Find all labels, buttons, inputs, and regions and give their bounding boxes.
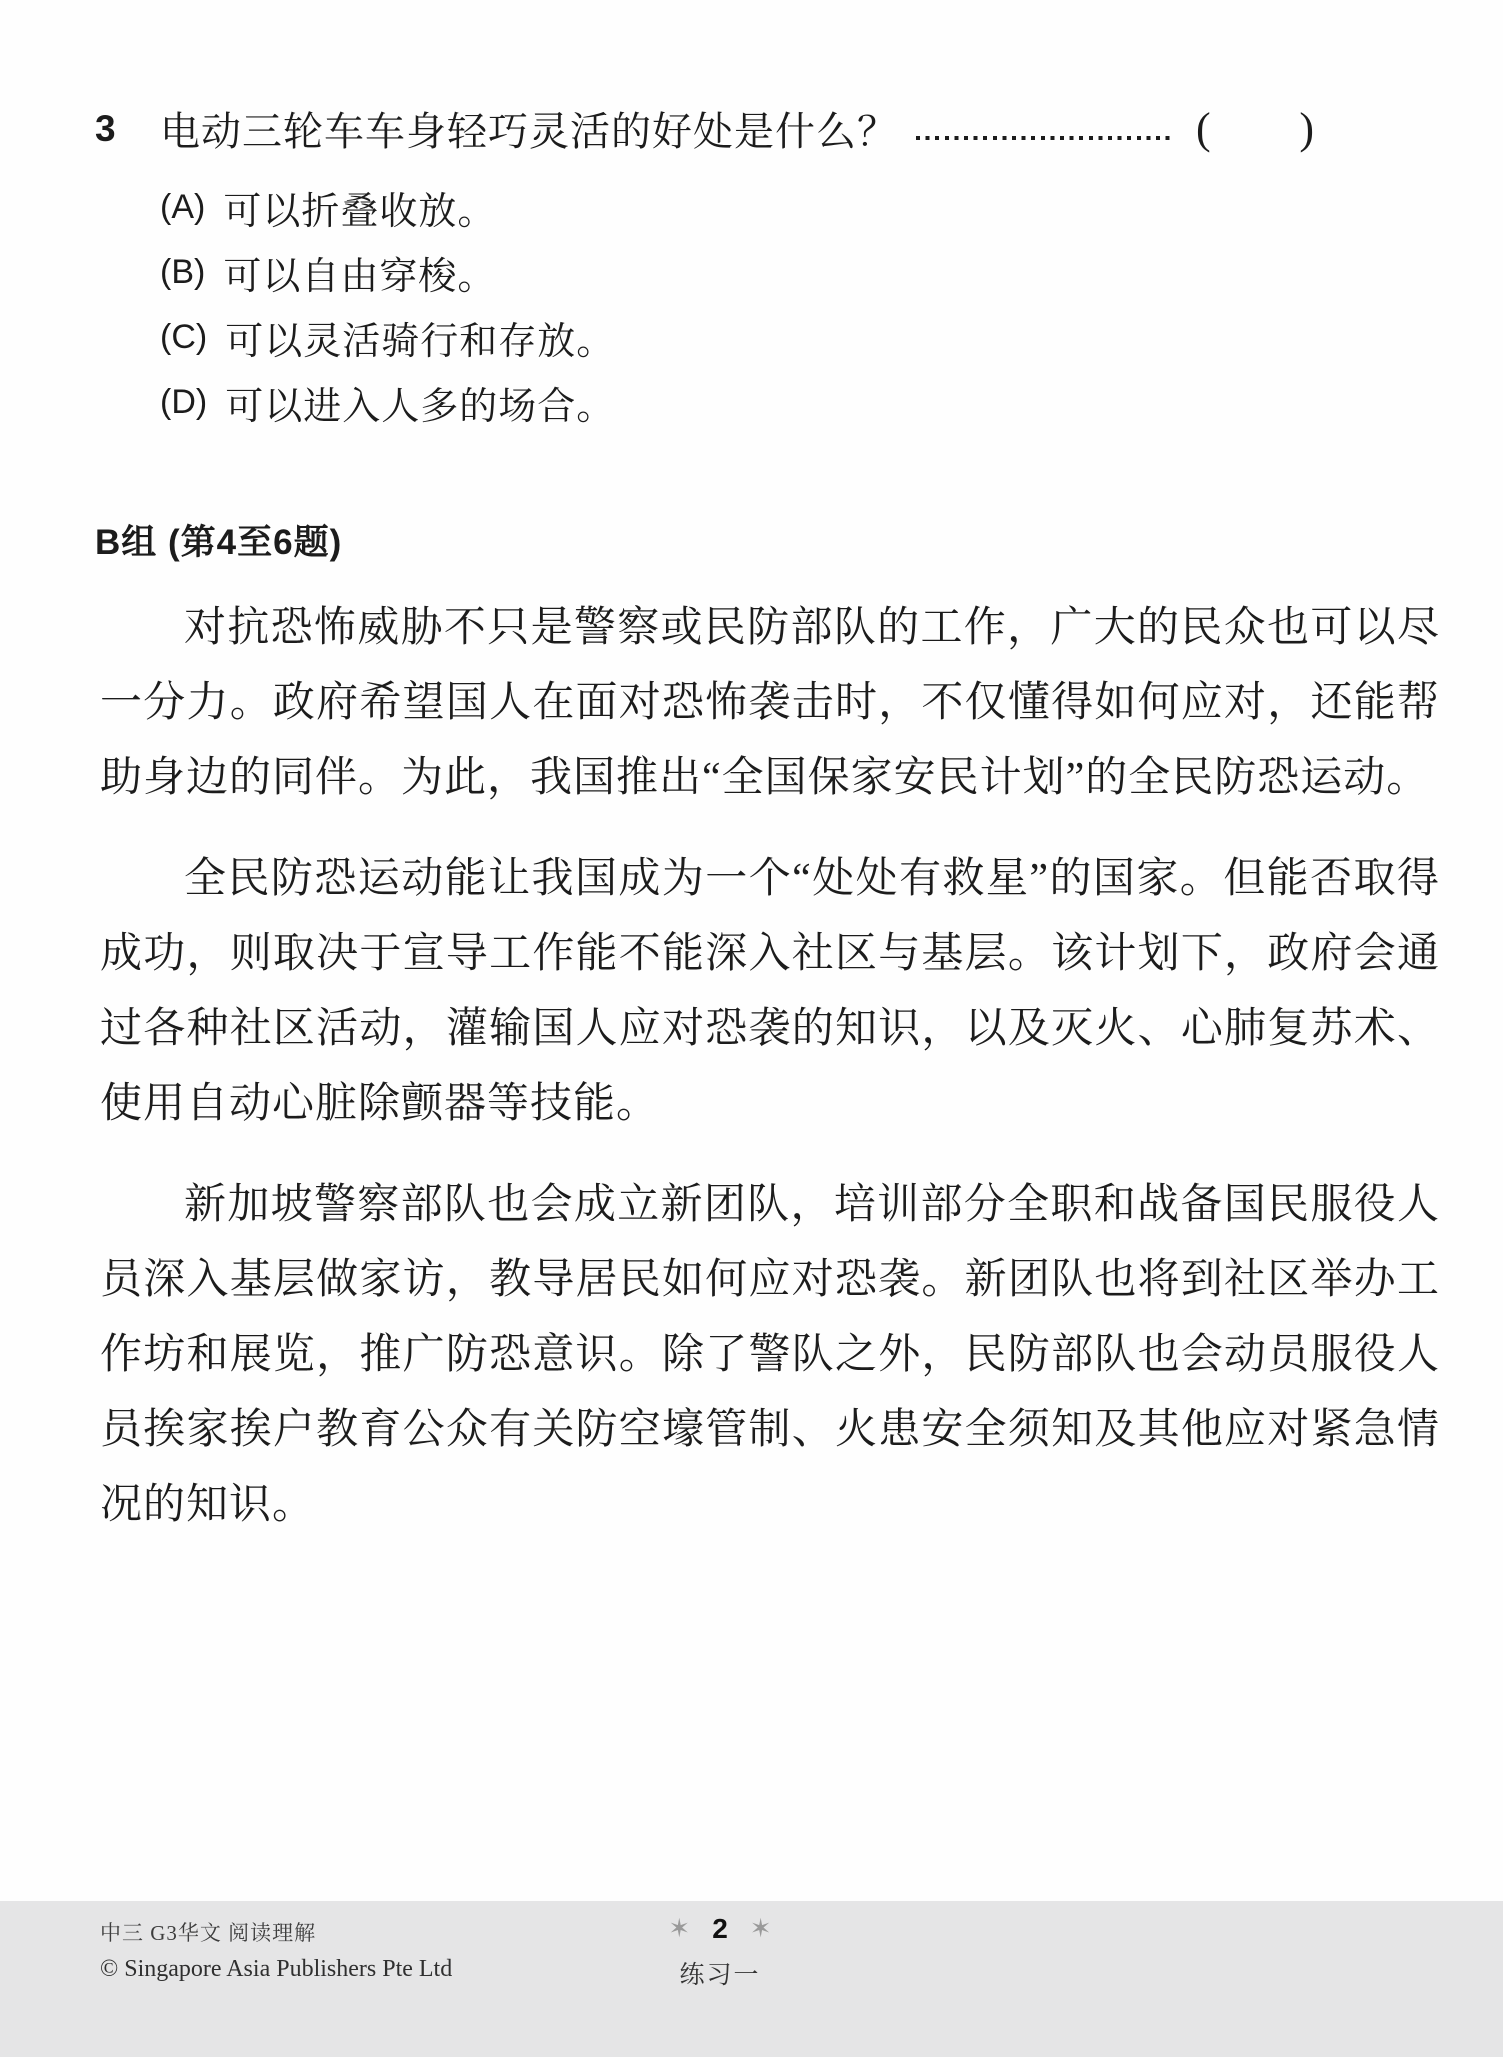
option-row-c: (C) 可以灵活骑行和存放。: [160, 305, 1440, 370]
question-text: 电动三轮车车身轻巧灵活的好处是什么？: [160, 100, 898, 157]
answer-bracket-close: ): [1299, 103, 1314, 154]
option-label-d: (D): [160, 383, 207, 422]
copyright-text: © Singapore Asia Publishers Pte Ltd: [100, 1956, 452, 1983]
option-row-b: (B) 可以自由穿梭。: [160, 240, 1440, 305]
options-list: (A) 可以折叠收放。 (B) 可以自由穿梭。 (C) 可以灵活骑行和存放。 (…: [160, 175, 1440, 435]
option-label-c: (C): [160, 318, 207, 357]
footer-center: ✶ 2 ✶ 练习一: [620, 1915, 820, 1991]
passage: 对抗恐怖威胁不只是警察或民防部队的工作，广大的民众也可以尽一分力。政府希望国人在…: [100, 591, 1440, 1543]
option-text-b: 可以自由穿梭。: [223, 245, 496, 300]
option-text-d: 可以进入人多的场合。: [225, 375, 615, 430]
question-3-block: 3 电动三轮车车身轻巧灵活的好处是什么？ ( ) (A) 可以折叠收放。 (B)…: [95, 100, 1440, 435]
page-number-row: ✶ 2 ✶: [620, 1915, 820, 1943]
page-footer: 中三 G3华文 阅读理解 © Singapore Asia Publishers…: [0, 1901, 1503, 2057]
option-label-b: (B): [160, 253, 205, 292]
passage-paragraph-2: 全民防恐运动能让我国成为一个“处处有救星”的国家。但能否取得成功，则取决于宣导工…: [100, 842, 1440, 1142]
book-title: 中三 G3华文 阅读理解: [100, 1917, 452, 1947]
workbook-page: 3 电动三轮车车身轻巧灵活的好处是什么？ ( ) (A) 可以折叠收放。 (B)…: [0, 0, 1503, 2057]
dotted-leader: [916, 136, 1174, 140]
option-row-a: (A) 可以折叠收放。: [160, 175, 1440, 240]
footer-left: 中三 G3华文 阅读理解 © Singapore Asia Publishers…: [100, 1917, 452, 1983]
option-label-a: (A): [160, 188, 205, 227]
question-row: 3 电动三轮车车身轻巧灵活的好处是什么？ ( ): [95, 100, 1440, 157]
option-row-d: (D) 可以进入人多的场合。: [160, 370, 1440, 435]
page-content: 3 电动三轮车车身轻巧灵活的好处是什么？ ( ) (A) 可以折叠收放。 (B)…: [0, 0, 1503, 1543]
answer-bracket-open: (: [1196, 103, 1211, 154]
option-text-c: 可以灵活骑行和存放。: [225, 310, 615, 365]
answer-slot: ( ): [1196, 103, 1314, 154]
passage-paragraph-3: 新加坡警察部队也会成立新团队，培训部分全职和战备国民服役人员深入基层做家访，教导…: [100, 1168, 1440, 1543]
question-number: 3: [95, 108, 160, 150]
star-ornament-icon: ✶: [750, 1916, 772, 1942]
option-text-a: 可以折叠收放。: [223, 180, 496, 235]
passage-paragraph-1: 对抗恐怖威胁不只是警察或民防部队的工作，广大的民众也可以尽一分力。政府希望国人在…: [100, 591, 1440, 816]
exercise-label: 练习一: [620, 1955, 820, 1991]
page-number: 2: [712, 1915, 728, 1943]
star-ornament-icon: ✶: [668, 1916, 690, 1942]
section-b-heading: B组 (第4至6题): [95, 515, 1440, 565]
